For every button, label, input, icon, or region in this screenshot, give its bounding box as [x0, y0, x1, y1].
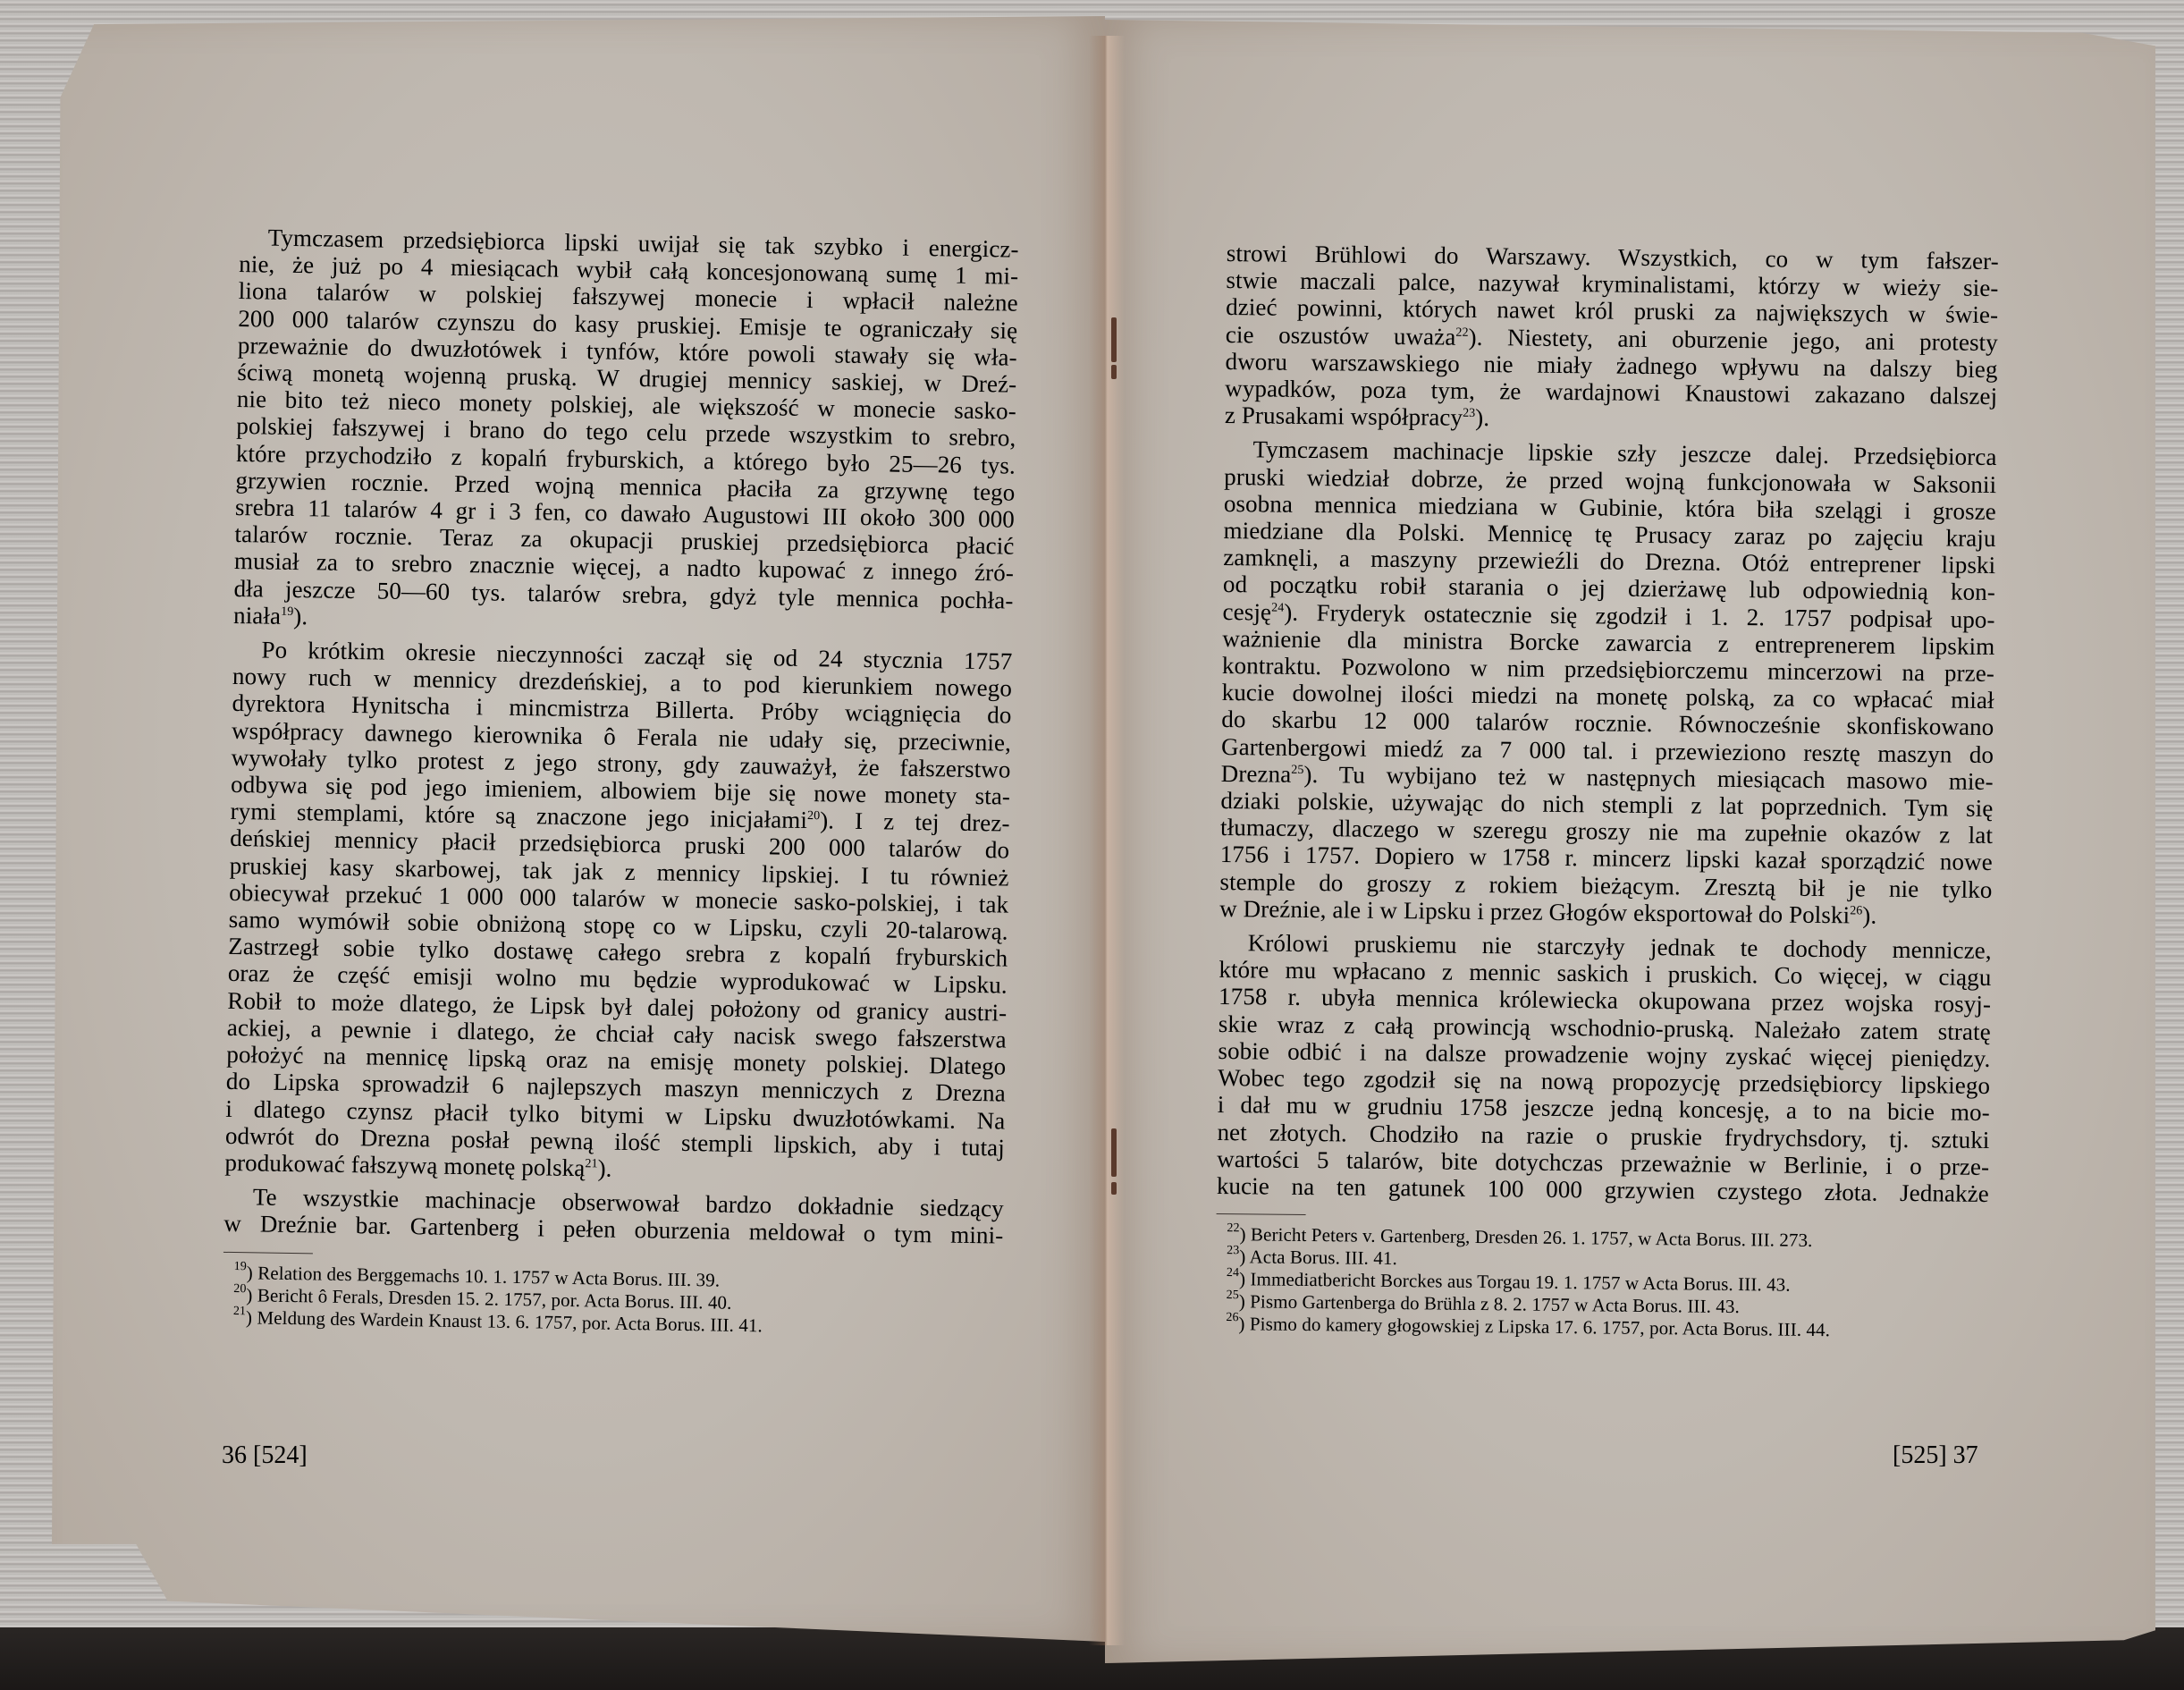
footnote-text: Acta Borus. III. 41.	[1249, 1246, 1397, 1269]
footnote-reference: 25	[1291, 764, 1303, 777]
footnote-number: 20	[233, 1282, 246, 1296]
footnote-reference: 22	[1455, 325, 1468, 339]
footnote-number: 26	[1226, 1311, 1238, 1324]
footnote-reference: 26	[1850, 904, 1862, 917]
line-text: produkować fałszywą monetę polską	[224, 1149, 585, 1181]
footnote-reference: 21	[585, 1157, 597, 1170]
line-text-after: ). I z tej drez-	[820, 807, 1010, 837]
footnote-rule	[1217, 1213, 1306, 1215]
footnote-reference: 24	[1271, 601, 1284, 614]
footnote-number: 24	[1227, 1266, 1239, 1280]
line-text: Drezna	[1221, 760, 1292, 788]
line-text: cesję	[1222, 598, 1271, 626]
staple-top	[1111, 317, 1117, 362]
footnote-paren: )	[1238, 1313, 1250, 1334]
line-text: z Prusakami współpracy	[1225, 401, 1463, 431]
line-text-after: ).	[293, 603, 308, 630]
left-page-paragraphs: Tymczasem przedsiębiorca lipski uwijał s…	[223, 224, 1019, 1249]
line-text-after: ).	[597, 1154, 611, 1181]
footnote-number: 25	[1227, 1289, 1239, 1302]
right-page-body: strowi Brühlowi do Warszawy. Wszystkich,…	[1215, 240, 1999, 1343]
footnote-reference: 23	[1463, 407, 1475, 420]
footnote-number: 19	[234, 1260, 247, 1273]
footnote-paren: )	[1239, 1268, 1251, 1289]
footnote-reference: 20	[807, 809, 820, 823]
footnote-number: 23	[1227, 1244, 1239, 1257]
footnote-reference: 19	[281, 605, 293, 619]
footnote-number: 22	[1227, 1221, 1239, 1235]
footnote-paren: )	[1239, 1290, 1251, 1312]
left-page-footnotes: 19) Relation des Berggemachs 10. 1. 1757…	[223, 1261, 1003, 1340]
staple-bottom	[1111, 1128, 1117, 1177]
right-page-paragraphs: strowi Brühlowi do Warszawy. Wszystkich,…	[1217, 240, 1999, 1207]
footnote-rule	[223, 1251, 313, 1254]
footnote-paren: )	[246, 1284, 257, 1306]
line-text-after: ).	[1862, 901, 1876, 928]
page-number-right: [525] 37	[1893, 1441, 1978, 1470]
footnote-paren: )	[246, 1306, 257, 1328]
staple-bottom-tail	[1111, 1182, 1117, 1195]
footnote-paren: )	[1239, 1246, 1250, 1267]
line-text: niała	[233, 602, 281, 630]
page-number-left: 36 [524]	[222, 1441, 308, 1470]
footnote-number: 21	[233, 1305, 246, 1318]
line-text-after: ).	[1475, 404, 1489, 431]
line-text: cie oszustów uważa	[1226, 321, 1456, 351]
footnote-paren: )	[1239, 1223, 1251, 1245]
left-page-body: Tymczasem przedsiębiorca lipski uwijał s…	[223, 224, 1019, 1340]
staple-top-tail	[1111, 365, 1117, 379]
book-gutter	[1089, 36, 1125, 1645]
right-page-footnotes: 22) Bericht Peters v. Gartenberg, Dresde…	[1215, 1223, 1988, 1343]
footnote-paren: )	[247, 1262, 258, 1283]
